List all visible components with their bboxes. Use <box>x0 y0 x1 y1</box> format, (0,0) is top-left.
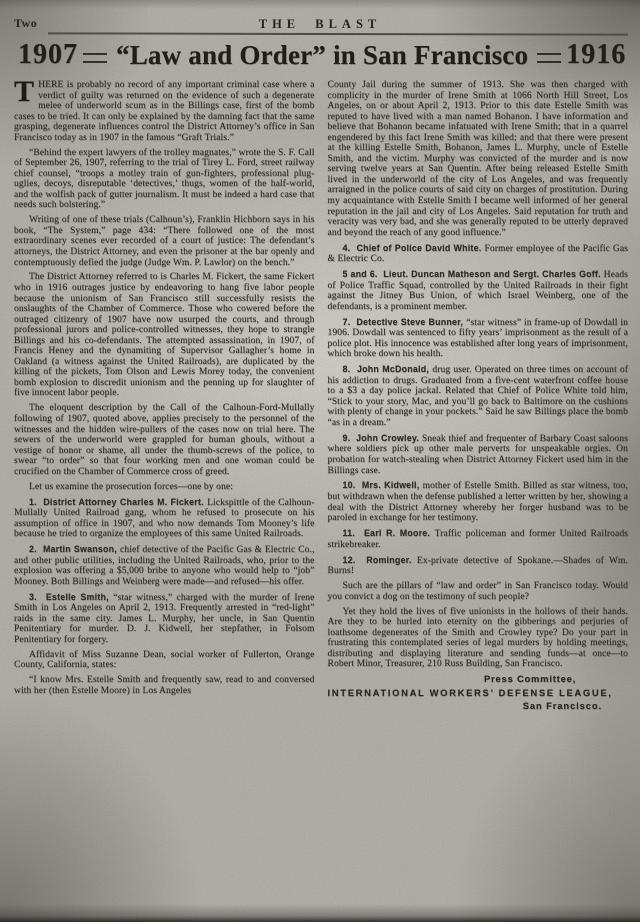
item-number: 3. <box>29 592 46 602</box>
paragraph: “I know Mrs. Estelle Smith and frequentl… <box>14 675 315 696</box>
organization-line: INTERNATIONAL WORKERS’ DEFENSE LEAGUE, <box>328 688 629 699</box>
item-number: 12. <box>343 555 367 565</box>
title-text: “Law and Order” in San Francisco <box>116 40 528 71</box>
left-column: THERE is probably no record of any impor… <box>14 80 315 715</box>
paragraph-text: HERE is probably no record of any import… <box>14 80 315 143</box>
masthead-title: THE BLAST <box>14 17 626 32</box>
paragraph-text: Yet they hold the lives of five unionist… <box>328 607 629 670</box>
right-column-paragraphs: County Jail during the summer of 1913. S… <box>328 80 629 670</box>
title-year-left: 1907 <box>18 39 78 71</box>
title-year-right: 1916 <box>566 39 626 71</box>
numbered-item: 2. Martin Swanson, chief detective of th… <box>14 544 315 587</box>
item-name-bold: John McDonald, <box>357 364 432 374</box>
numbered-item: 11. Earl R. Moore. Traffic policeman and… <box>328 528 629 550</box>
press-committee-line: Press Committee, <box>328 674 629 685</box>
paragraph-text: Such are the pillars of “law and order” … <box>328 581 629 602</box>
item-number: 2. <box>29 544 43 554</box>
item-number: 1. <box>29 497 43 507</box>
title-dash-right <box>537 53 561 63</box>
item-name-bold: Martin Swanson, <box>43 544 120 554</box>
item-number: 4. <box>343 243 357 253</box>
numbered-item: 1. District Attorney Charles M. Fickert.… <box>14 497 315 540</box>
paragraph-text: County Jail during the summer of 1913. S… <box>328 80 629 238</box>
item-name-bold: Detective Steve Bunner, <box>356 317 466 327</box>
paragraph: County Jail during the summer of 1913. S… <box>328 80 629 238</box>
paragraph: THERE is probably no record of any impor… <box>14 80 315 143</box>
numbered-item: 4. Chief of Police David White. Former e… <box>328 243 629 265</box>
paragraph-text: “I know Mrs. Estelle Smith and frequentl… <box>14 675 315 696</box>
item-name-bold: District Attorney Charles M. Fickert. <box>43 497 207 507</box>
paragraph: Writing of one of these trials (Calhoun’… <box>14 215 315 268</box>
title-dash-left <box>83 53 107 63</box>
item-name-bold: Earl R. Moore. <box>364 528 435 538</box>
paragraph-text: The District Attorney referred to is Cha… <box>14 272 315 398</box>
drop-cap: T <box>14 80 38 103</box>
newspaper-page: Two THE BLAST 1907 “Law and Order” in Sa… <box>0 0 640 922</box>
numbered-item: 12. Rominger. Ex-private detective of Sp… <box>328 555 629 577</box>
paragraph: “Behind the expert lawyers of the trolle… <box>14 148 315 211</box>
numbered-item: 3. Estelle Smith, “star witness,” charge… <box>14 592 315 646</box>
place-line: San Francisco. <box>328 701 629 712</box>
item-name-bold: Chief of Police David White. <box>357 243 485 253</box>
numbered-item: 9. John Crowley. Sneak thief and frequen… <box>328 433 629 476</box>
item-number: 9. <box>343 433 357 443</box>
item-number: 5 and 6. <box>343 269 384 279</box>
article-body: THERE is probably no record of any impor… <box>0 71 640 715</box>
item-name-bold: John Crowley. <box>356 433 422 443</box>
item-name-bold: Mrs. Kidwell, <box>362 480 423 490</box>
numbered-item: 8. John McDonald, drug user. Operated on… <box>328 364 629 428</box>
item-number: 11. <box>343 528 364 538</box>
item-name-bold: Lieut. Duncan Matheson and Sergt. Charle… <box>383 269 603 279</box>
item-number: 10. <box>343 480 362 490</box>
numbered-item: 10. Mrs. Kidwell, mother of Estelle Smit… <box>328 480 629 523</box>
numbered-item: 7. Detective Steve Bunner, “star witness… <box>328 317 629 360</box>
paragraph-text: The eloquent description by the Call of … <box>14 403 315 476</box>
item-number: 8. <box>343 364 357 374</box>
item-name-bold: Rominger. <box>366 555 417 565</box>
paragraph: Yet they hold the lives of five unionist… <box>328 607 629 670</box>
paragraph-text: Affidavit of Miss Suzanne Dean, social w… <box>14 650 315 671</box>
paragraph: Let us examine the prosecution forces—on… <box>14 482 315 493</box>
item-name-bold: Estelle Smith, <box>46 592 113 602</box>
paragraph-text: drug user. Operated on three times on ac… <box>328 365 629 428</box>
item-number: 7. <box>343 317 357 327</box>
paragraph: The District Attorney referred to is Cha… <box>14 272 315 399</box>
numbered-item: 5 and 6. Lieut. Duncan Matheson and Serg… <box>328 269 629 312</box>
page-header: Two THE BLAST <box>14 14 626 32</box>
article-title: 1907 “Law and Order” in San Francisco 19… <box>0 35 640 71</box>
paragraph: Such are the pillars of “law and order” … <box>328 581 629 602</box>
paragraph-text: “Behind the expert lawyers of the trolle… <box>14 148 315 211</box>
paragraph: Affidavit of Miss Suzanne Dean, social w… <box>14 650 315 671</box>
closing-signature: Press Committee, INTERNATIONAL WORKERS’ … <box>328 674 629 712</box>
right-column: County Jail during the summer of 1913. S… <box>328 80 629 715</box>
paragraph: The eloquent description by the Call of … <box>14 403 315 477</box>
paragraph-text: Writing of one of these trials (Calhoun’… <box>14 215 315 267</box>
paragraph-text: Let us examine the prosecution forces—on… <box>29 482 233 492</box>
